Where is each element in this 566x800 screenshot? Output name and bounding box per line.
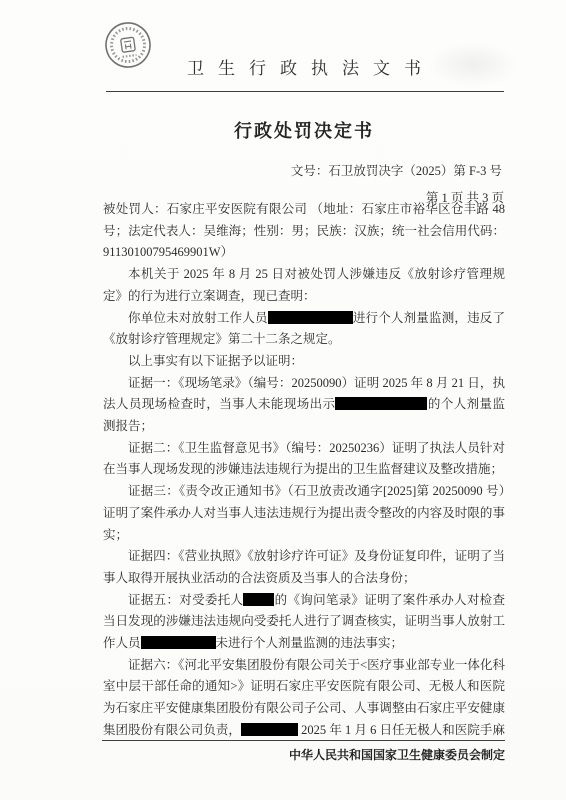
document-title: 行政处罚决定书	[103, 117, 505, 143]
redaction-bar	[141, 636, 184, 649]
body-paragraph: 证据四：《营业执照》《放射诊疗许可证》及身份证复印件，证明了当事人取得开展执业活…	[103, 546, 505, 589]
redaction-bar	[335, 397, 427, 410]
body-paragraph: 你单位未对放射工作人员进行个人剂量监测，违反了《放射诊疗管理规定》第二十二条之规…	[103, 308, 505, 351]
footer-issuer-note: 中华人民共和国国家卫生健康委员会制定	[103, 746, 505, 763]
header-divider	[106, 91, 504, 92]
document-body: 被处罚人：石家庄平安医院有限公司 （地址：石家庄市裕华区仓丰路 48 号；法定代…	[103, 199, 505, 737]
document-series-title: 卫生行政执法文书	[103, 54, 505, 79]
body-paragraph: 证据五：对受委托人的《询问笔录》证明了案件承办人对检查当日发现的涉嫌违法违规向受…	[103, 590, 505, 655]
footer-divider	[102, 740, 505, 741]
redaction-bar	[268, 311, 353, 324]
body-paragraph: 证据二：《卫生监督意见书》（编号：20250236）证明了执法人员针对在当事人现…	[103, 438, 505, 481]
body-paragraph: 本机关于 2025 年 8 月 25 日对被处罚人涉嫌违反《放射诊疗管理规定》的…	[103, 264, 505, 307]
body-paragraph: 以上事实有以下证据予以证明：	[103, 351, 505, 373]
document-number: 文号：石卫放罚决字（2025）第 F-3 号	[103, 161, 502, 179]
body-paragraph: 证据三：《责令改正通知书》（石卫放责改通字[2025]第 20250090 号）…	[103, 481, 505, 546]
body-paragraph: 被处罚人：石家庄平安医院有限公司 （地址：石家庄市裕华区仓丰路 48 号；法定代…	[103, 199, 505, 264]
body-paragraph: 证据一：《现场笔录》（编号：20250090）证明 2025 年 8 月 21 …	[103, 373, 505, 438]
redaction-bar	[184, 636, 216, 649]
body-paragraph: 证据六：《河北平安集团股份有限公司关于<医疗事业部专业一体化科室中层干部任命的通…	[103, 655, 505, 737]
document-page: 卫生行政执法文书 行政处罚决定书 文号：石卫放罚决字（2025）第 F-3 号 …	[0, 0, 566, 800]
redaction-bar	[241, 723, 298, 736]
redaction-bar	[243, 593, 274, 606]
